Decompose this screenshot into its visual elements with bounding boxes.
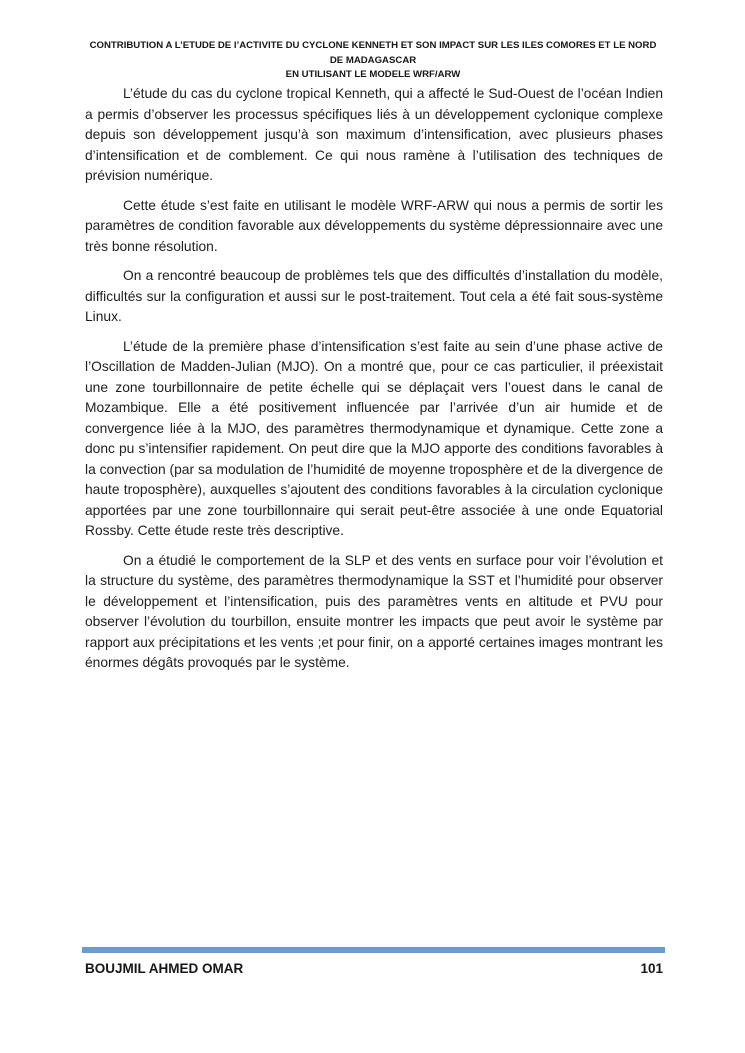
running-header: CONTRIBUTION A L’ETUDE DE l’ACTIVITE DU …	[83, 39, 663, 83]
document-page: CONTRIBUTION A L’ETUDE DE l’ACTIVITE DU …	[0, 0, 745, 1053]
header-title-line-1: CONTRIBUTION A L’ETUDE DE l’ACTIVITE DU …	[83, 39, 663, 68]
running-footer: BOUJMIL AHMED OMAR 101	[85, 961, 663, 976]
body-paragraph: On a rencontré beaucoup de problèmes tel…	[85, 266, 663, 328]
body-paragraph: On a étudié le comportement de la SLP et…	[85, 551, 663, 674]
footer-divider-rule	[82, 947, 665, 953]
footer-page-number: 101	[640, 961, 663, 976]
body-paragraph: L’étude du cas du cyclone tropical Kenne…	[85, 84, 663, 187]
header-title-line-2: EN UTILISANT LE MODELE WRF/ARW	[83, 68, 663, 83]
body-paragraph: L’étude de la première phase d’intensifi…	[85, 337, 663, 542]
document-body: L’étude du cas du cyclone tropical Kenne…	[85, 84, 663, 683]
footer-author-name: BOUJMIL AHMED OMAR	[85, 961, 243, 976]
body-paragraph: Cette étude s’est faite en utilisant le …	[85, 196, 663, 258]
